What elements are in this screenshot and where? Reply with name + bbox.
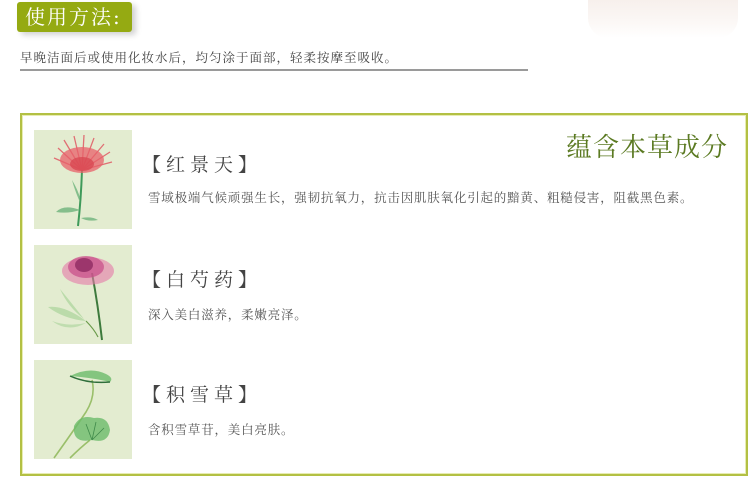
ingredient-description: 深入美白滋养，柔嫩亮泽。 — [148, 305, 728, 325]
ingredient-name: 【红景天】 — [142, 150, 262, 177]
ingredient-item-centella: 【积雪草】 含积雪草苷，美白亮肤。 — [34, 360, 724, 460]
ingredient-name: 【白芍药】 — [142, 265, 262, 292]
ingredient-description: 雪域极端气候顽强生长，强韧抗氧力，抗击因肌肤氧化引起的黯黄、粗糙侵害，阻截黑色素… — [148, 188, 728, 208]
ingredient-image — [34, 360, 132, 459]
pink-peony-icon — [34, 245, 132, 344]
ingredient-item-rhodiola: 【红景天】 雪域极端气候顽强生长，强韧抗氧力，抗击因肌肤氧化引起的黯黄、粗糙侵害… — [34, 130, 724, 230]
ingredient-item-white-peony: 【白芍药】 深入美白滋养，柔嫩亮泽。 — [34, 245, 724, 345]
red-flower-icon — [34, 130, 132, 229]
green-leaf-icon — [34, 360, 132, 459]
divider-line — [20, 69, 528, 71]
ingredients-panel: 蕴含本草成分 — [20, 113, 748, 476]
ingredient-image — [34, 130, 132, 229]
usage-heading-badge: 使用方法: — [17, 2, 132, 32]
ingredient-description: 含积雪草苷，美白亮肤。 — [148, 420, 728, 440]
usage-heading: 使用方法: — [25, 5, 122, 29]
ingredient-image — [34, 245, 132, 344]
usage-instructions: 早晚洁面后或使用化妆水后，均匀涂于面部，轻柔按摩至吸收。 — [20, 48, 398, 66]
ingredient-name: 【积雪草】 — [142, 380, 262, 407]
product-jar-cap-image — [588, 0, 738, 38]
